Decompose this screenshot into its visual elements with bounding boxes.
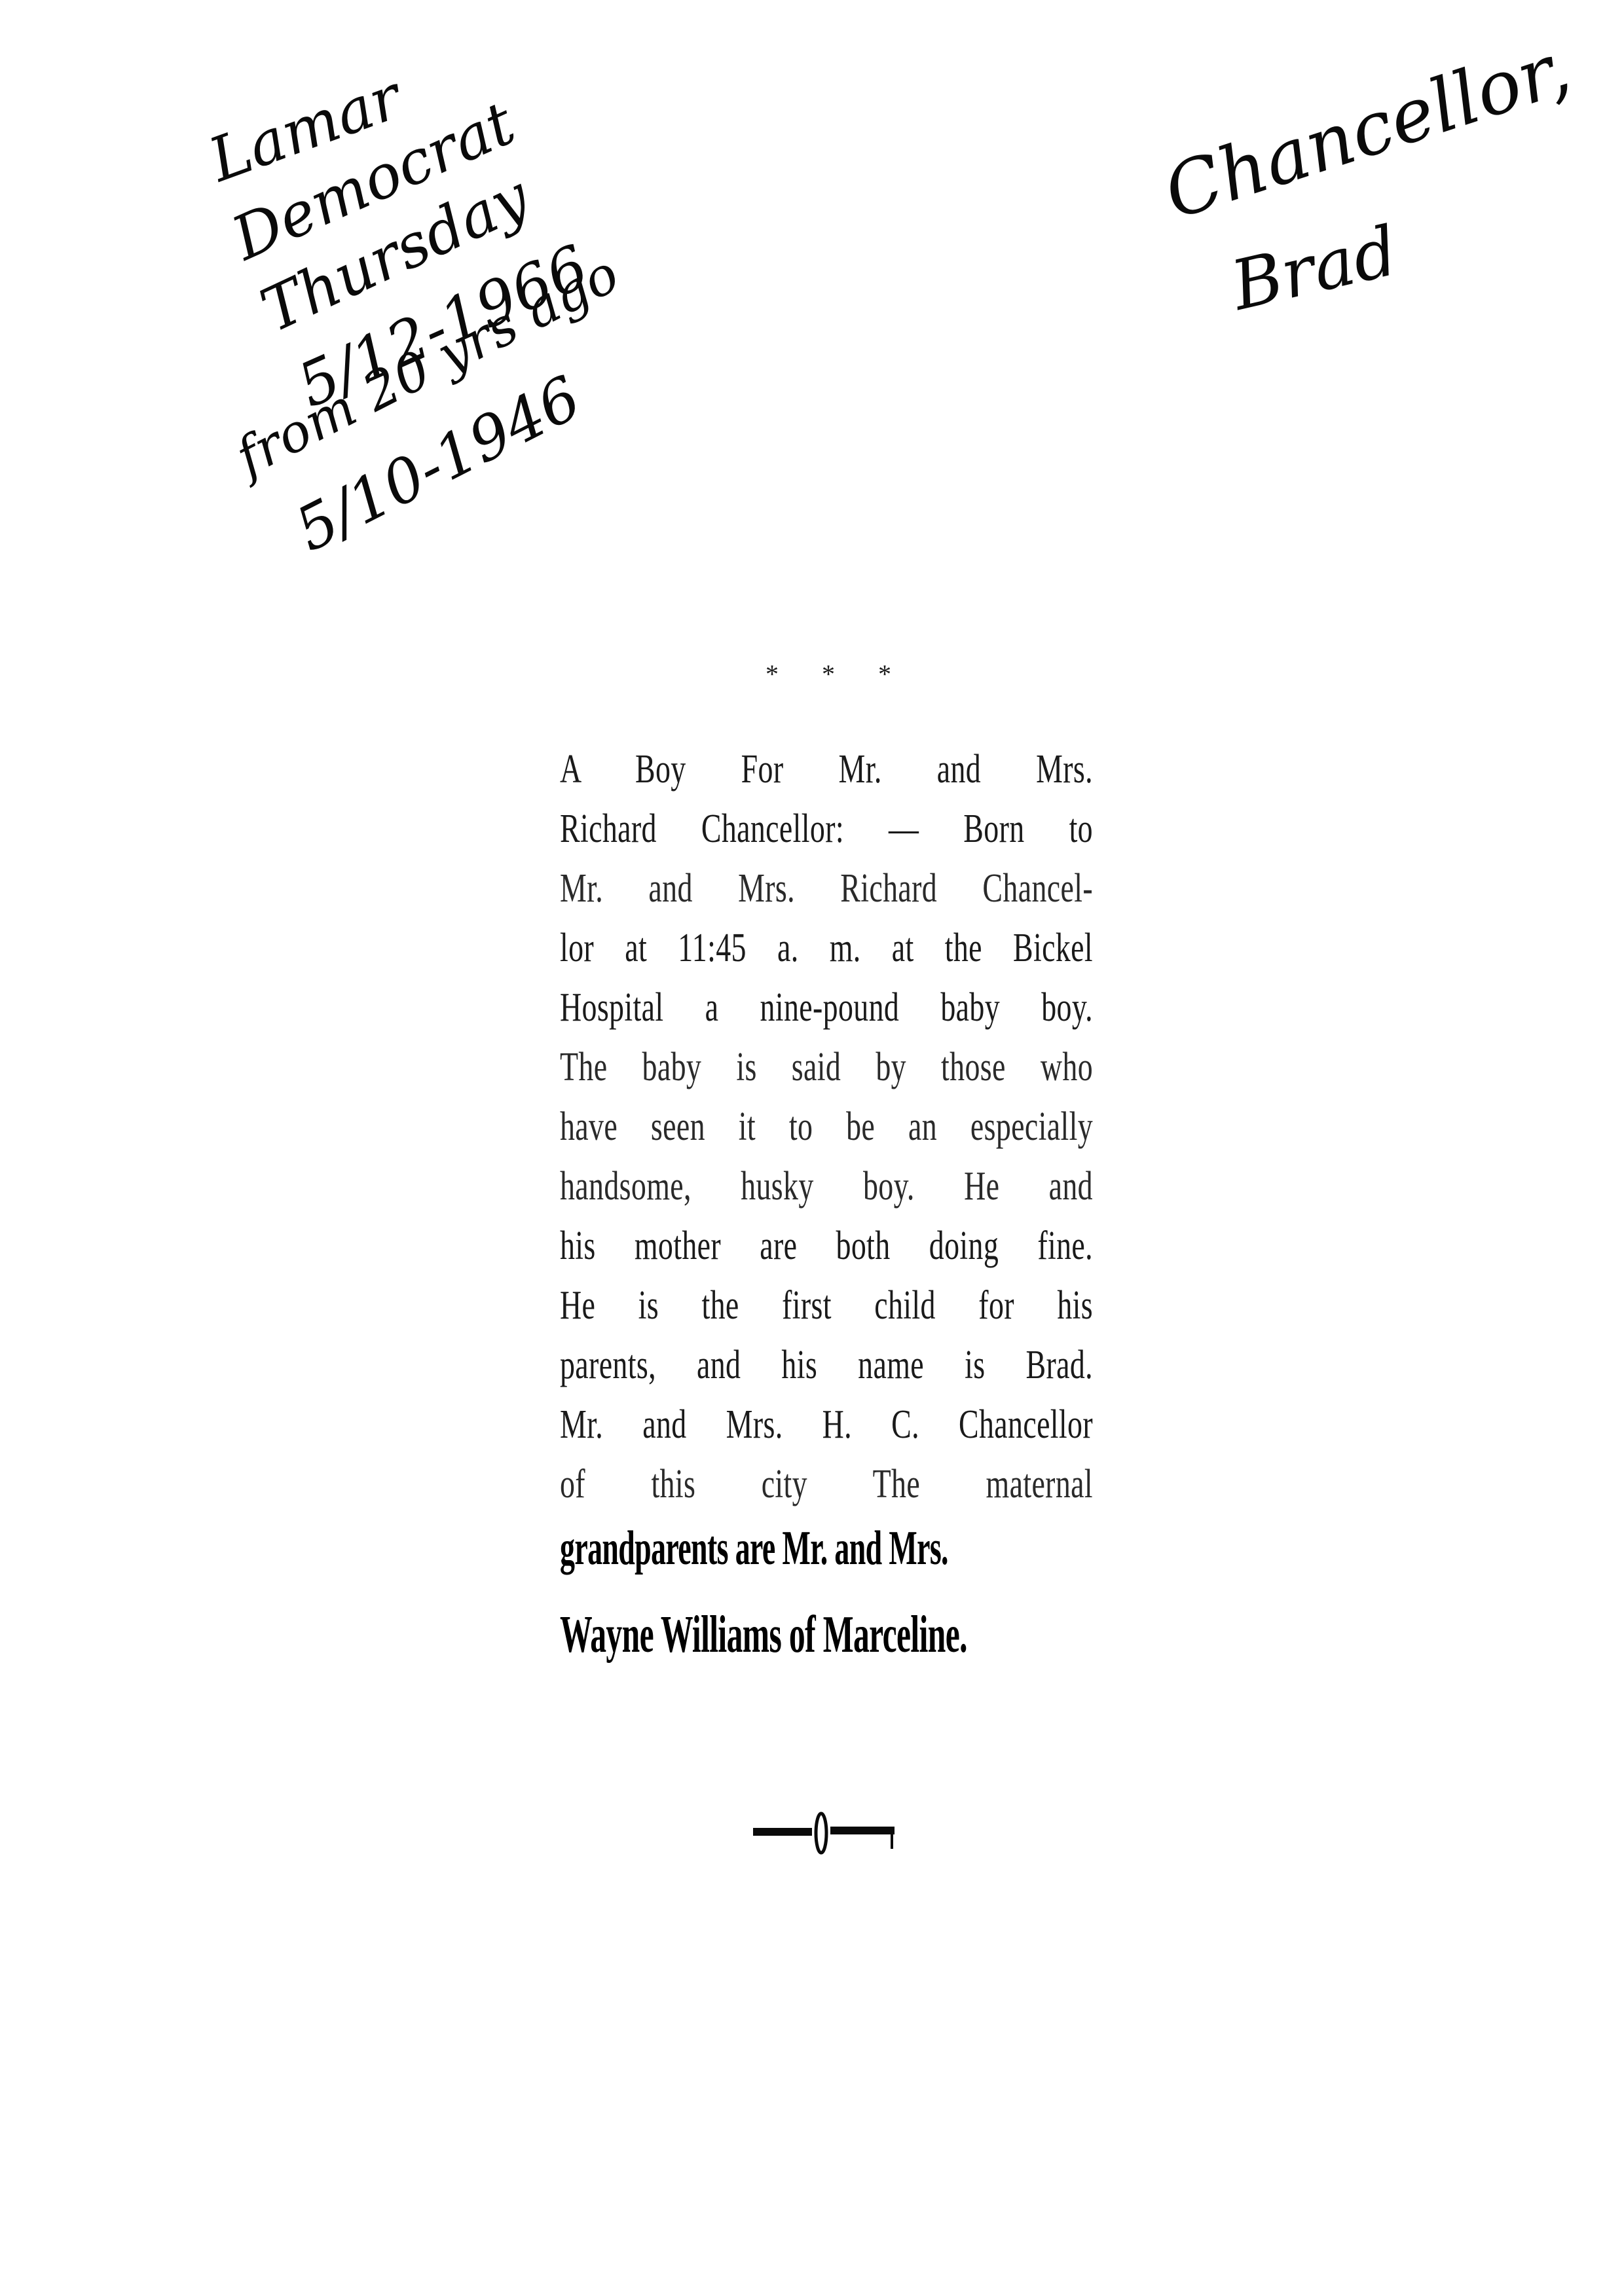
- clipping-text-line: Mr. and Mrs. H. C. Chancellor: [560, 1395, 1093, 1455]
- clipping-text-line: parents, and his name is Brad.: [560, 1336, 1093, 1395]
- clipping-body: A Boy For Mr. and Mrs. Richard Chancello…: [560, 740, 1110, 1669]
- clipping-text-line: of this city The maternal: [560, 1455, 1093, 1514]
- clipping-text-line: lor at 11:45 a. m. at the Bickel: [560, 919, 1093, 978]
- handwritten-given-name: Brad: [1226, 216, 1404, 320]
- clipping-text-line-bold: grandparents are Mr. and Mrs.: [560, 1514, 1006, 1582]
- handwritten-name-note: Chancellor, Brad: [1166, 111, 1559, 360]
- clipping-text-line: He is the first child for his: [560, 1276, 1093, 1336]
- clipping-text-line: Hospital a nine-pound baby boy.: [560, 978, 1093, 1038]
- handwritten-surname: Chancellor,: [1156, 31, 1578, 230]
- clipping-text-line: handsome, husky boy. He and: [560, 1157, 1093, 1216]
- asterism-ornament: * * *: [547, 661, 1110, 701]
- clipping-text-line: have seen it to be an especially: [560, 1097, 1093, 1157]
- clipping-headline-line: A Boy For Mr. and Mrs.: [560, 740, 1093, 799]
- clipping-text-line-bold: Wayne Williams of Marceline.: [560, 1601, 1006, 1669]
- newspaper-clipping: * * * A Boy For Mr. and Mrs. Richard Cha…: [560, 661, 1110, 1669]
- clipping-text-line: Mr. and Mrs. Richard Chancel-: [560, 859, 1093, 919]
- end-of-article-mark-icon: [752, 1806, 896, 1858]
- clipping-text-line: The baby is said by those who: [560, 1038, 1093, 1097]
- clipping-text-line: his mother are both doing fine.: [560, 1216, 1093, 1276]
- clipping-text-line: Richard Chancellor: — Born to: [560, 799, 1093, 859]
- handwritten-source-note: Lamar Democrat Thursday 5/12-1966 from 2…: [216, 124, 714, 570]
